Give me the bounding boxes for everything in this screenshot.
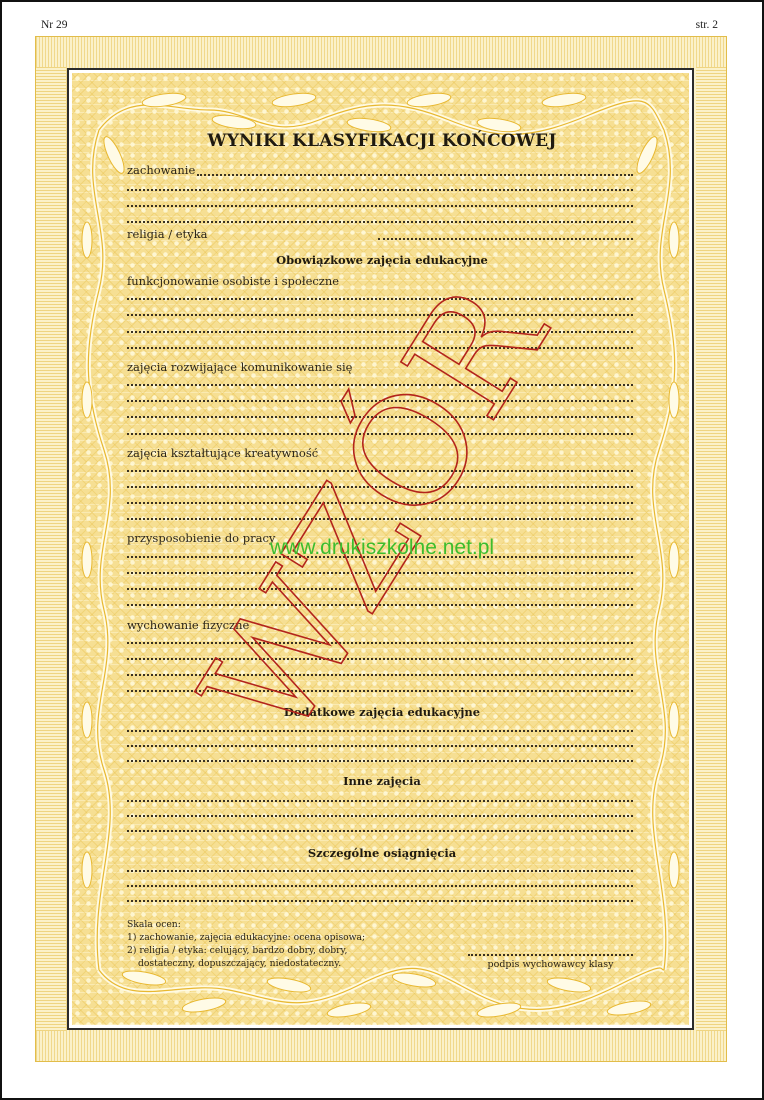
behavior-entry-line[interactable] [127, 205, 633, 207]
signature-caption: podpis wychowawcy klasy [468, 959, 633, 970]
behavior-entry-line[interactable] [197, 174, 633, 176]
subject-entry-line[interactable] [127, 658, 633, 660]
other-entry-line[interactable] [127, 830, 633, 832]
section-heading-additional: Dodatkowe zajęcia edukacyjne [0, 705, 764, 719]
subject-entry-line[interactable] [127, 486, 633, 488]
grading-scale-item: 2) religia / etyka: celujący, bardzo dob… [127, 944, 365, 957]
subject-entry-line[interactable] [127, 502, 633, 504]
subject-entry-line[interactable] [127, 518, 633, 520]
section-heading-achievements: Szczególne osiągnięcia [0, 846, 764, 860]
achievements-entry-line[interactable] [127, 900, 633, 902]
subject-entry-line[interactable] [127, 331, 633, 333]
behavior-entry-line[interactable] [127, 221, 633, 223]
additional-entry-line[interactable] [127, 745, 633, 747]
subject-entry-line[interactable] [127, 588, 633, 590]
subject-entry-line[interactable] [127, 674, 633, 676]
behavior-entry-line[interactable] [127, 189, 633, 191]
achievements-entry-line[interactable] [127, 885, 633, 887]
subject-entry-line[interactable] [127, 433, 633, 435]
subject-label: funkcjonowanie osobiste i społeczne [127, 274, 339, 288]
subject-entry-line[interactable] [127, 314, 633, 316]
signature-line[interactable] [468, 954, 633, 956]
subject-entry-line[interactable] [127, 572, 633, 574]
grading-scale: Skala ocen: 1) zachowanie, zajęcia eduka… [127, 918, 365, 970]
grading-scale-item: dostateczny, dopuszczający, niedostatecz… [127, 957, 365, 970]
subject-label: wychowanie fizyczne [127, 618, 249, 632]
subject-entry-line[interactable] [127, 384, 633, 386]
additional-entry-line[interactable] [127, 730, 633, 732]
grading-scale-item: 1) zachowanie, zajęcia edukacyjne: ocena… [127, 931, 365, 944]
subject-entry-line[interactable] [127, 604, 633, 606]
subject-entry-line[interactable] [127, 298, 633, 300]
document-title: WYNIKI KLASYFIKACJI KOŃCOWEJ [0, 131, 764, 151]
section-heading-mandatory: Obowiązkowe zajęcia edukacyjne [0, 253, 764, 267]
subject-label: zajęcia kształtujące kreatywność [127, 446, 318, 460]
subject-entry-line[interactable] [127, 400, 633, 402]
label-behavior: zachowanie [127, 163, 195, 177]
subject-entry-line[interactable] [127, 347, 633, 349]
subject-label: zajęcia rozwijające komunikowanie się [127, 360, 352, 374]
subject-entry-line[interactable] [127, 470, 633, 472]
other-entry-line[interactable] [127, 800, 633, 802]
section-heading-other: Inne zajęcia [0, 774, 764, 788]
religion-grade-line[interactable] [378, 238, 633, 240]
subject-entry-line[interactable] [127, 416, 633, 418]
subject-entry-line[interactable] [127, 690, 633, 692]
label-religion: religia / etyka [127, 227, 208, 241]
other-entry-line[interactable] [127, 815, 633, 817]
subject-label: przysposobienie do pracy [127, 531, 275, 545]
subject-entry-line[interactable] [127, 642, 633, 644]
additional-entry-line[interactable] [127, 760, 633, 762]
grading-scale-title: Skala ocen: [127, 918, 365, 931]
achievements-entry-line[interactable] [127, 870, 633, 872]
watermark-url: www.drukiszkolne.net.pl [270, 536, 494, 560]
